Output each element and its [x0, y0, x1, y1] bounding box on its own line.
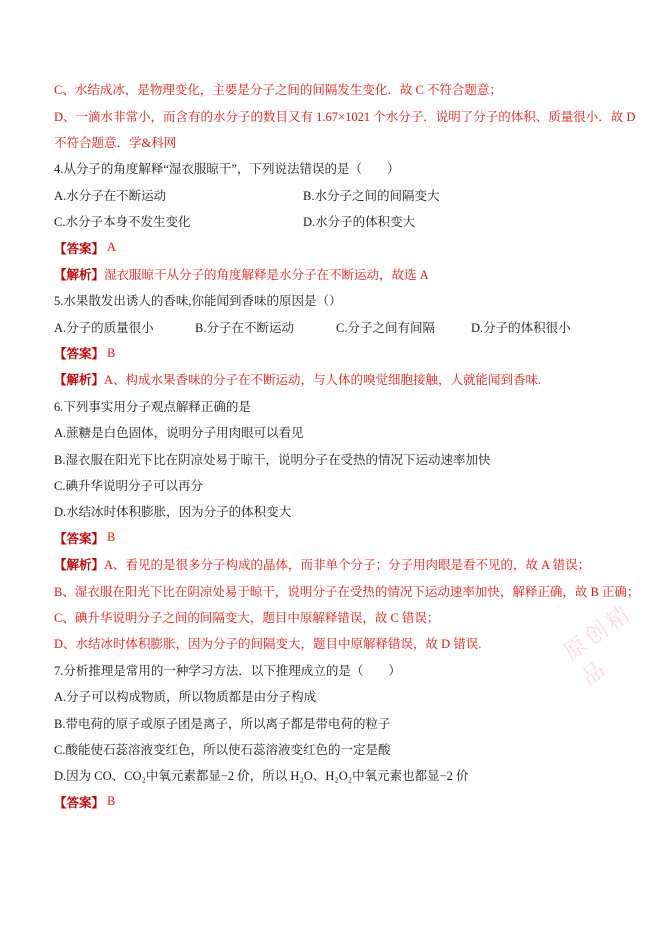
question-6-option-b: B.湿衣服在阳光下比在阴凉处易于晾干，说明分子在受热的情况下运动速率加快	[54, 445, 661, 471]
solution-line-d-cont: 不符合题意．学&科网	[54, 129, 661, 155]
question-5-stem: 5.水果散发出诱人的香味,你能闻到香味的原因是（）	[54, 287, 661, 313]
question-4-options-row-1: A.水分子在不断运动 B.水分子之间的间隔变大	[54, 182, 661, 208]
question-4-option-a: A.水分子在不断运动	[54, 186, 303, 204]
question-4-answer-line: 【答案】 A	[54, 234, 661, 260]
question-7-answer-line: 【答案】 B	[54, 789, 661, 815]
solution-line-c: C、水结成冰，是物理变化，主要是分子之间的间隔发生变化．故 C 不符合题意；	[54, 76, 661, 102]
analysis-marker: 【解析】	[54, 370, 104, 388]
analysis-marker: 【解析】	[54, 265, 104, 283]
question-4-option-b: B.水分子之间的间隔变大	[303, 186, 439, 204]
answer-value: B	[107, 346, 115, 361]
question-5-option-b: B.分子在不断运动	[195, 318, 336, 336]
document-content: C、水结成冰，是物理变化，主要是分子之间的间隔发生变化．故 C 不符合题意； D…	[54, 76, 661, 815]
question-4-stem: 4.从分子的角度解释“湿衣服晾干”，下列说法错误的是（ ）	[54, 155, 661, 181]
question-6-analysis-line-b: B、湿衣服在阳光下比在阴凉处易于晾干，说明分子在受热的情况下运动速率加快，解释正…	[54, 577, 661, 603]
question-7-option-c: C.酸能使石蕊溶液变红色，所以使石蕊溶液变红色的一定是酸	[54, 736, 661, 762]
question-6-analysis-line-c: C、碘升华说明分子之间的间隔变大，题目中原解释错误，故 C 错误；	[54, 604, 661, 630]
answer-marker: 【答案】	[54, 793, 104, 811]
question-5-option-a: A.分子的质量很小	[54, 318, 195, 336]
question-6-analysis-line-d: D、水结冰时体积膨胀，因为分子的间隔变大，题目中原解释错误，故 D 错误.	[54, 630, 661, 656]
question-7-option-a: A.分子可以构成物质，所以物质都是由分子构成	[54, 683, 661, 709]
answer-marker: 【答案】	[54, 529, 104, 547]
question-7-stem: 7.分析推理是常用的一种学习方法．以下推理成立的是（ ）	[54, 657, 661, 683]
question-4-options-row-2: C.水分子本身不发生变化 D.水分子的体积变大	[54, 208, 661, 234]
question-7-option-d: D.因为 CO、CO₂中氧元素都显−2 价，所以 H₂O、H₂O₂中氧元素也都显…	[54, 762, 661, 788]
analysis-text: A、构成水果香味的分子在不断运动，与人体的嗅觉细胞接触，人就能闻到香味.	[104, 370, 541, 388]
answer-marker: 【答案】	[54, 344, 104, 362]
question-5-answer-line: 【答案】 B	[54, 340, 661, 366]
question-6-option-d: D.水结冰时体积膨胀，因为分子的体积变大	[54, 498, 661, 524]
question-6-option-c: C.碘升华说明分子可以再分	[54, 472, 661, 498]
question-4-option-c: C.水分子本身不发生变化	[54, 212, 303, 230]
question-6-analysis-line-a: 【解析】 A、看见的是很多分子构成的晶体，而非单个分子；分子用肉眼是看不见的，故…	[54, 551, 661, 577]
question-6-stem: 6.下列事实用分子观点解释正确的是	[54, 393, 661, 419]
analysis-text: A、看见的是很多分子构成的晶体，而非单个分子；分子用肉眼是看不见的，故 A 错误…	[104, 555, 590, 573]
answer-value: B	[107, 794, 115, 809]
question-6-option-a: A.蔗糖是白色固体，说明分子用肉眼可以看见	[54, 419, 661, 445]
question-4-option-d: D.水分子的体积变大	[303, 212, 415, 230]
answer-value: A	[107, 240, 116, 255]
question-7-option-b: B.带电荷的原子或原子团是离子，所以离子都是带电荷的粒子	[54, 709, 661, 735]
question-5-analysis-line: 【解析】 A、构成水果香味的分子在不断运动，与人体的嗅觉细胞接触，人就能闻到香味…	[54, 366, 661, 392]
question-4-analysis-line: 【解析】 湿衣服晾干从分子的角度解释是水分子在不断运动，故选 A	[54, 261, 661, 287]
question-6-answer-line: 【答案】 B	[54, 525, 661, 551]
question-5-options-row: A.分子的质量很小 B.分子在不断运动 C.分子之间有间隔 D.分子的体积很小	[54, 314, 661, 340]
answer-marker: 【答案】	[54, 239, 104, 257]
solution-line-d: D、一滴水非常小，而含有的水分子的数目又有 1.67×1021 个水分子．说明了…	[54, 102, 661, 128]
question-5-option-d: D.分子的体积很小	[471, 318, 571, 336]
analysis-marker: 【解析】	[54, 555, 104, 573]
answer-value: B	[107, 530, 115, 545]
analysis-text: 湿衣服晾干从分子的角度解释是水分子在不断运动，故选 A	[104, 265, 429, 283]
worksheet-page: 原创精品 原创精品 原创精品 C、水结成冰，是物理变化，主要是分子之间的间隔发生…	[0, 0, 661, 935]
question-5-option-c: C.分子之间有间隔	[336, 318, 471, 336]
